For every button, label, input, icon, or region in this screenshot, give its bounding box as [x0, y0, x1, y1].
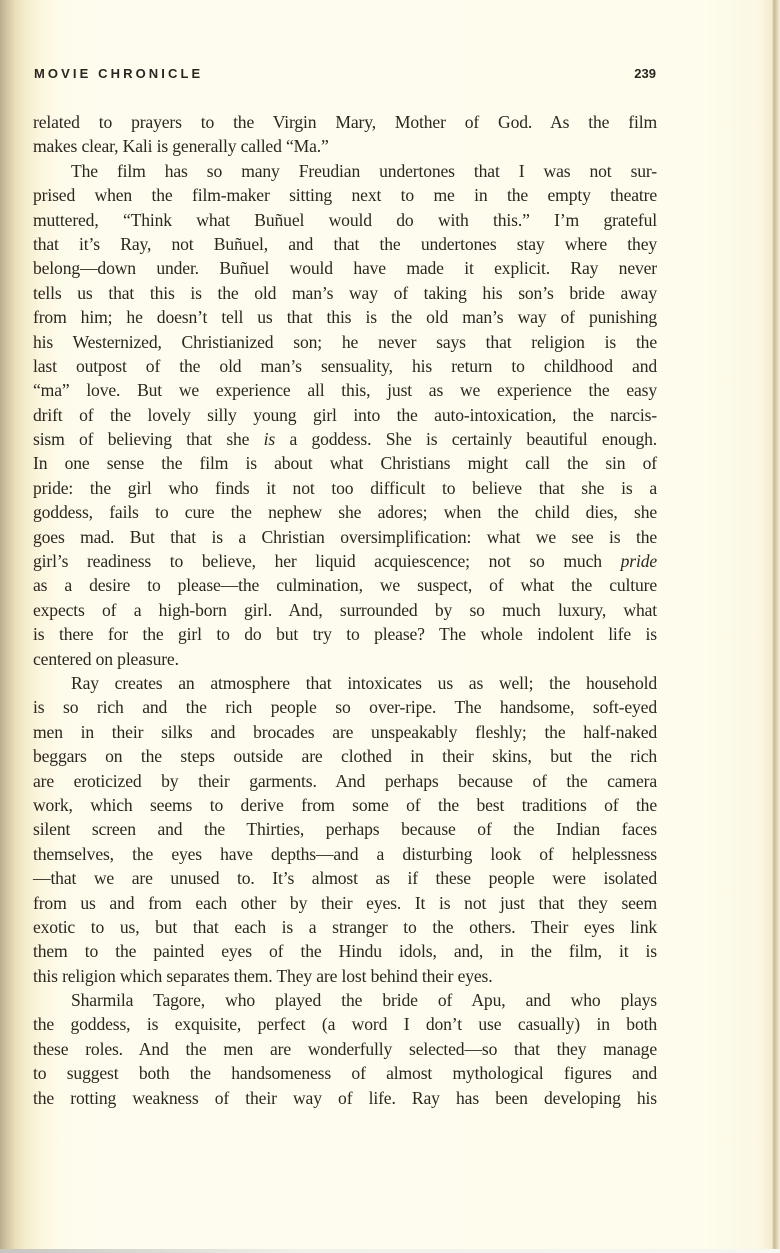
text-line: Ray creates an atmosphere that intoxicat…: [33, 671, 657, 695]
italic-emphasis: pride: [621, 551, 657, 571]
text-line: belong—down under. Buñuel would have mad…: [33, 256, 657, 280]
text-run: a goddess. She is certainly beautiful en…: [275, 429, 657, 449]
text-line: goes mad. But that is a Christian oversi…: [33, 525, 657, 549]
text-line: sism of believing that she is a goddess.…: [33, 427, 657, 451]
text-line: expects of a high-born girl. And, surrou…: [33, 598, 657, 622]
text-line: that it’s Ray, not Buñuel, and that the …: [33, 232, 657, 256]
text-line: them to the painted eyes of the Hindu id…: [33, 939, 657, 963]
text-line: silent screen and the Thirties, perhaps …: [33, 817, 657, 841]
text-line: tells us that this is the old man’s way …: [33, 281, 657, 305]
running-title: MOVIE CHRONICLE: [34, 66, 203, 81]
text-line: makes clear, Kali is generally called “M…: [33, 134, 657, 158]
text-line: men in their silks and brocades are unsp…: [33, 720, 657, 744]
text-line: “ma” love. But we experience all this, j…: [33, 378, 657, 402]
text-line: Sharmila Tagore, who played the bride of…: [33, 988, 657, 1012]
text-line: this religion which separates them. They…: [33, 964, 657, 988]
text-line: In one sense the film is about what Chri…: [33, 451, 657, 475]
text-line: to suggest both the handsomeness of almo…: [33, 1061, 657, 1085]
text-line: pride: the girl who finds it not too dif…: [33, 476, 657, 500]
text-line: exotic to us, but that each is a strange…: [33, 915, 657, 939]
body-text: related to prayers to the Virgin Mary, M…: [33, 110, 657, 1110]
text-line: beggars on the steps outside are clothed…: [33, 744, 657, 768]
text-line: The film has so many Freudian undertones…: [33, 159, 657, 183]
page-number: 239: [634, 66, 656, 81]
text-line: these roles. And the men are wonderfully…: [33, 1037, 657, 1061]
text-line: related to prayers to the Virgin Mary, M…: [33, 110, 657, 134]
text-line: themselves, the eyes have depths—and a d…: [33, 842, 657, 866]
text-run: girl’s readiness to believe, her liquid …: [33, 551, 621, 571]
book-page: MOVIE CHRONICLE 239 related to prayers t…: [0, 0, 780, 1253]
text-line: —that we are unused to. It’s almost as i…: [33, 866, 657, 890]
text-line: is so rich and the rich people so over-r…: [33, 695, 657, 719]
text-line: the rotting weakness of their way of lif…: [33, 1086, 657, 1110]
italic-emphasis: is: [264, 429, 275, 449]
text-line: muttered, “Think what Buñuel would do wi…: [33, 208, 657, 232]
text-line: centered on pleasure.: [33, 647, 657, 671]
text-line: are eroticized by their garments. And pe…: [33, 769, 657, 793]
text-line: is there for the girl to do but try to p…: [33, 622, 657, 646]
text-line: from us and from each other by their eye…: [33, 891, 657, 915]
text-line: work, which seems to derive from some of…: [33, 793, 657, 817]
text-line: the goddess, is exquisite, perfect (a wo…: [33, 1012, 657, 1036]
text-line: last outpost of the old man’s sensuality…: [33, 354, 657, 378]
text-line: as a desire to please—the culmination, w…: [33, 573, 657, 597]
text-line: his Westernized, Christianized son; he n…: [33, 330, 657, 354]
text-run: sism of believing that she: [33, 429, 264, 449]
text-line: girl’s readiness to believe, her liquid …: [33, 549, 657, 573]
text-line: prised when the film-maker sitting next …: [33, 183, 657, 207]
text-line: goddess, fails to cure the nephew she ad…: [33, 500, 657, 524]
text-line: drift of the lovely silly young girl int…: [33, 403, 657, 427]
running-head: MOVIE CHRONICLE 239: [34, 66, 656, 86]
text-line: from him; he doesn’t tell us that this i…: [33, 305, 657, 329]
